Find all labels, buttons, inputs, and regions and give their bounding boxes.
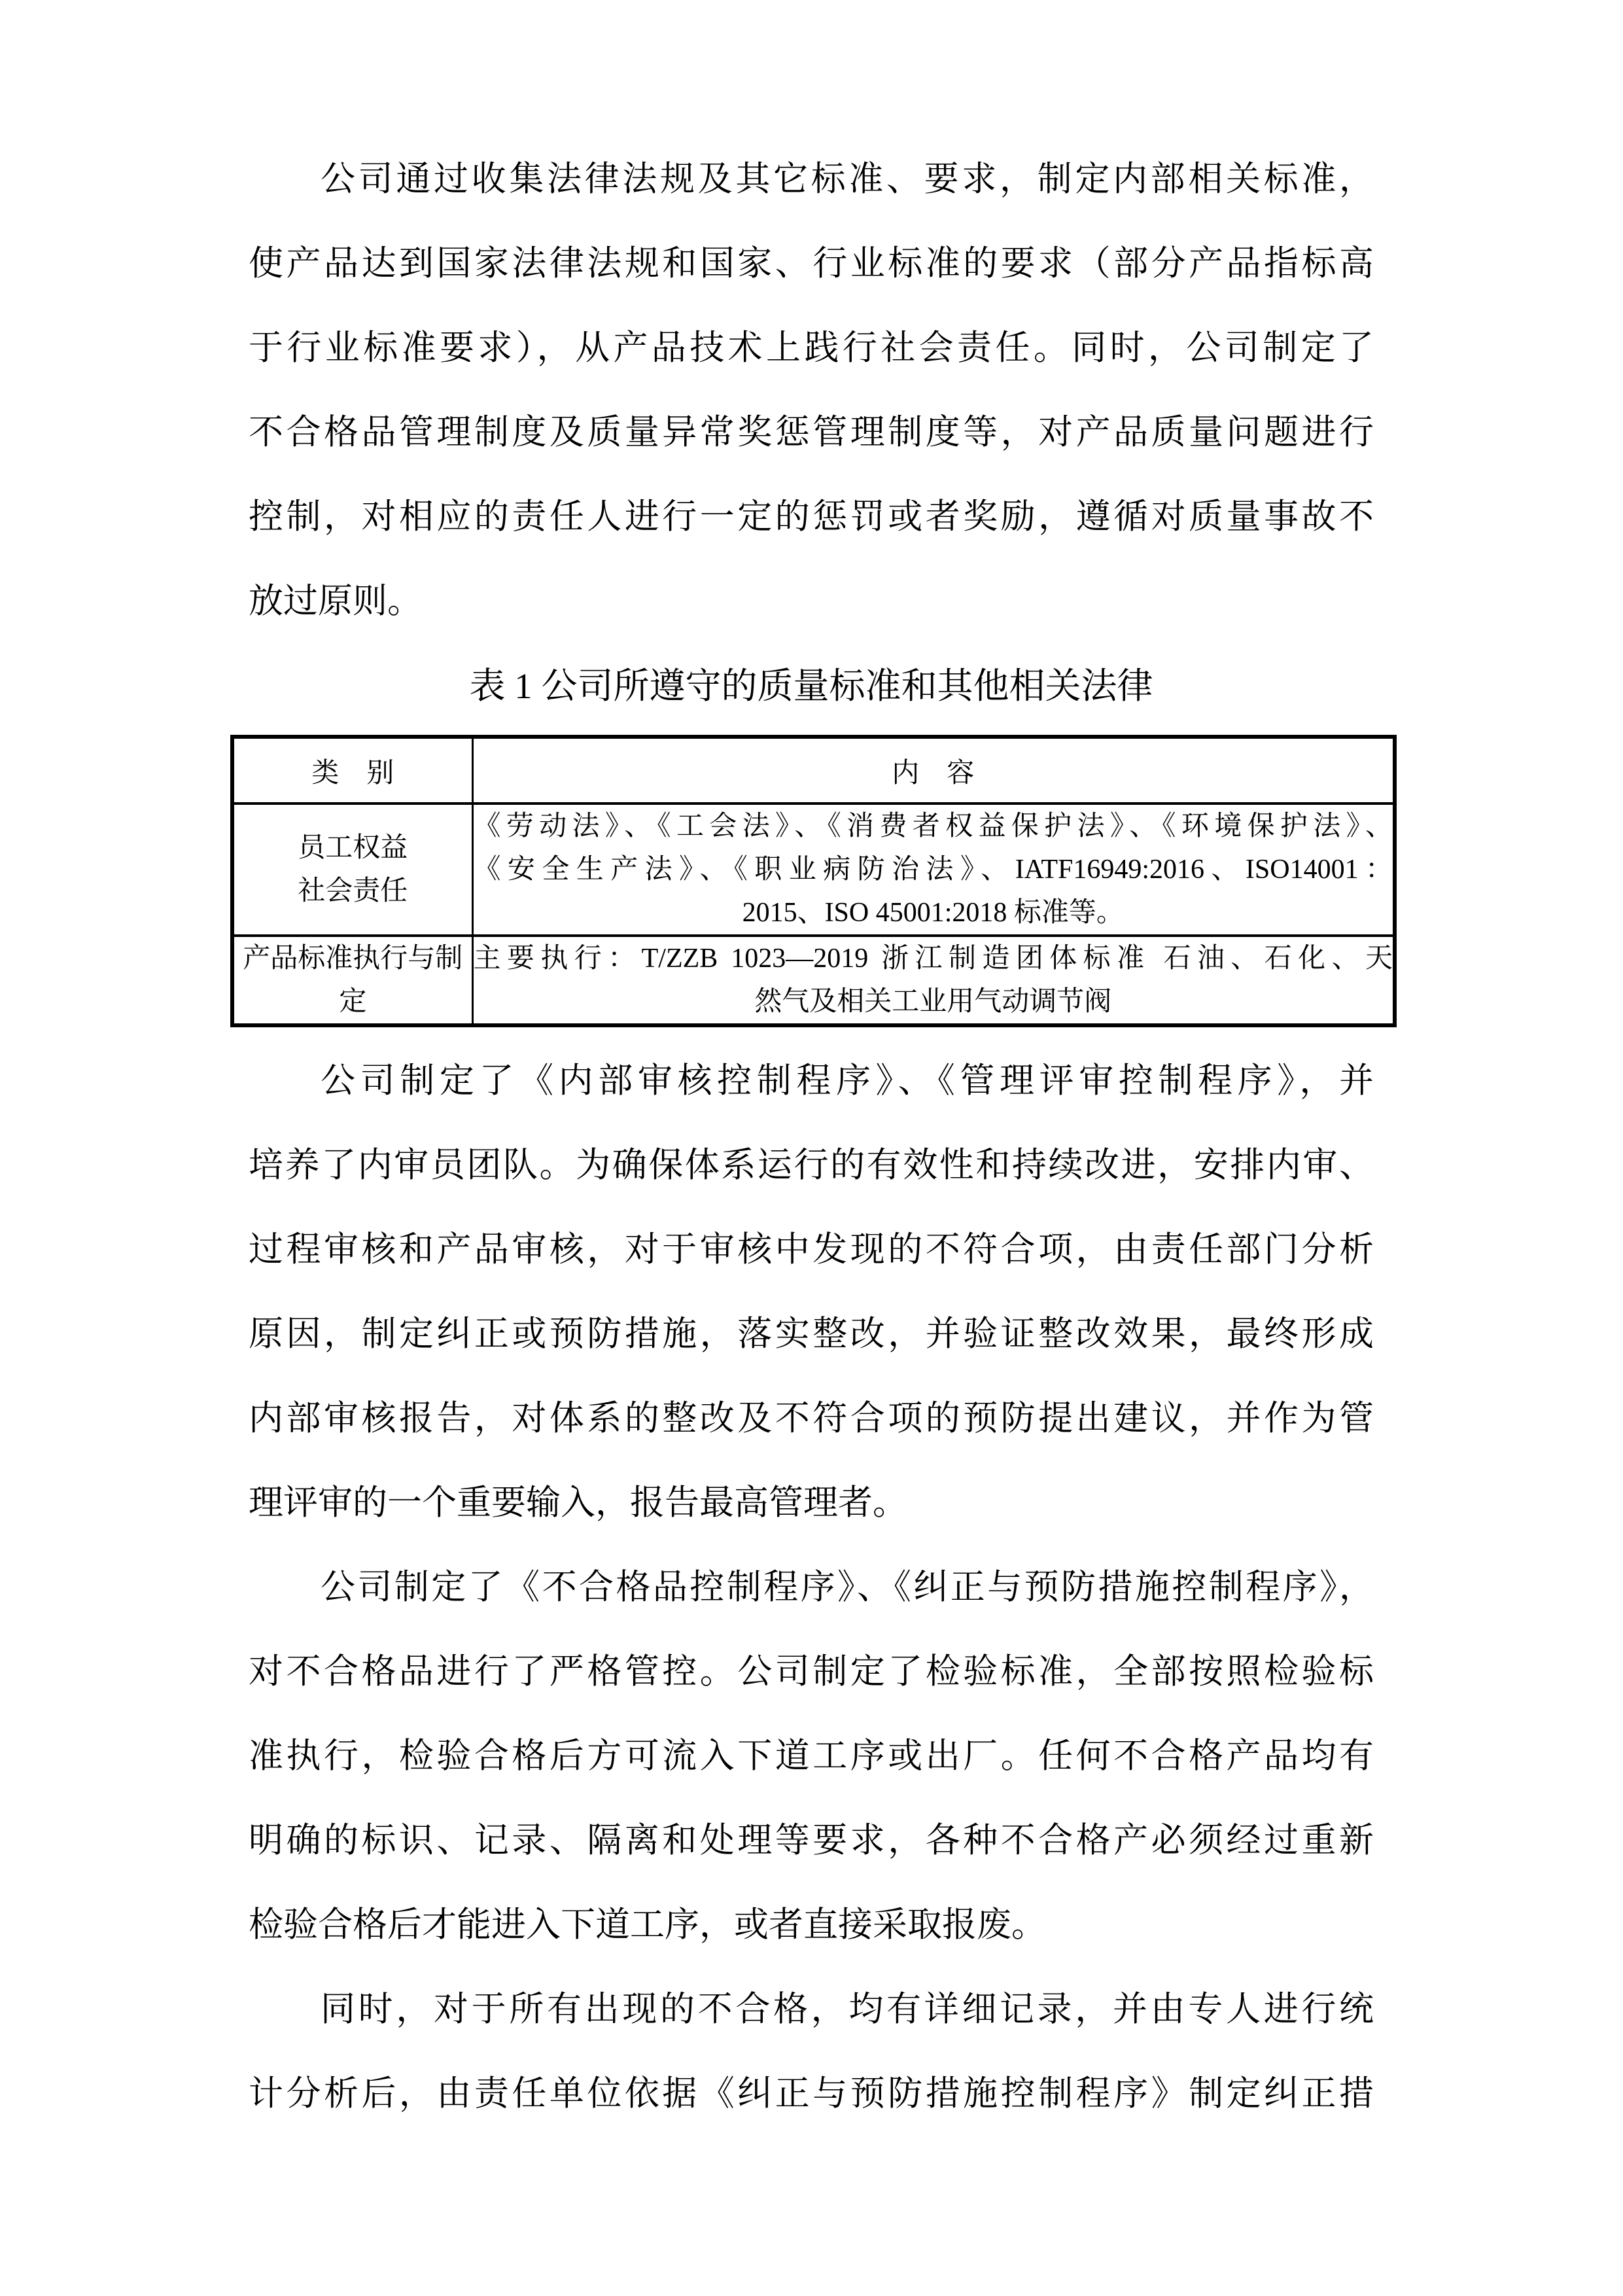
paragraph-line: 于行业标准要求），从产品技术上践行社会责任。同时，公司制定了	[249, 306, 1374, 391]
content-line: 《安全生产法》、《职业病防治法》、IATF16949:2016、ISO14001…	[474, 848, 1393, 891]
category-line: 产品标准执行与制	[234, 937, 472, 980]
standards-table: 类 别 内 容 员工权益 社会责任 《劳动法》、《工会法》、《消费者权益保护法》…	[230, 735, 1397, 1027]
paragraph-line: 明确的标识、记录、隔离和处理等要求，各种不合格产必须经过重新	[249, 1799, 1374, 1883]
paragraph-3: 公司制定了《不合格品控制程序》、《纠正与预防措施控制程序》， 对不合格品进行了严…	[249, 1545, 1374, 1968]
paragraph-line: 同时，对于所有出现的不合格，均有详细记录，并由专人进行统	[249, 1968, 1374, 2052]
paragraph-line: 内部审核报告，对体系的整改及不符合项的预防提出建议，并作为管	[249, 1377, 1374, 1461]
category-line: 员工权益	[234, 826, 472, 870]
paragraph-line: 过程审核和产品审核，对于审核中发现的不符合项，由责任部门分析	[249, 1208, 1374, 1292]
paragraph-line: 公司通过收集法律法规及其它标准、要求，制定内部相关标准，	[249, 137, 1374, 222]
category-line: 定	[234, 980, 472, 1023]
table-cell-category: 产品标准执行与制 定	[232, 936, 472, 1025]
text-block: 公司通过收集法律法规及其它标准、要求，制定内部相关标准， 使产品达到国家法律法规…	[0, 0, 1623, 2136]
paragraph-line: 使产品达到国家法律法规和国家、行业标准的要求（部分产品指标高	[249, 222, 1374, 306]
content-line: 主要执行：T/ZZB 1023—2019 浙江制造团体标准 石油、石化、天	[474, 937, 1393, 980]
paragraph-line: 准执行，检验合格后方可流入下道工序或出厂。任何不合格产品均有	[249, 1714, 1374, 1799]
content-line: 然气及相关工业用气动调节阀	[474, 980, 1393, 1023]
paragraph-line: 公司制定了《不合格品控制程序》、《纠正与预防措施控制程序》，	[249, 1545, 1374, 1630]
table-header-row: 类 别 内 容	[232, 737, 1395, 804]
table-row-product-standards: 产品标准执行与制 定 主要执行：T/ZZB 1023—2019 浙江制造团体标准…	[232, 936, 1395, 1025]
paragraph-line: 培养了内审员团队。为确保体系运行的有效性和持续改进，安排内审、	[249, 1123, 1374, 1208]
table-title: 表 1 公司所遵守的质量标准和其他相关法律	[249, 644, 1374, 728]
table-header-content: 内 容	[472, 737, 1395, 804]
table-cell-content: 《劳动法》、《工会法》、《消费者权益保护法》、《环境保护法》、 《安全生产法》、…	[472, 804, 1395, 936]
table-cell-category: 员工权益 社会责任	[232, 804, 472, 936]
paragraph-line: 不合格品管理制度及质量异常奖惩管理制度等，对产品质量问题进行	[249, 391, 1374, 475]
document-page: 公司通过收集法律法规及其它标准、要求，制定内部相关标准， 使产品达到国家法律法规…	[0, 0, 1623, 2296]
paragraph-line: 控制，对相应的责任人进行一定的惩罚或者奖励，遵循对质量事故不	[249, 475, 1374, 559]
table-row-employee-rights: 员工权益 社会责任 《劳动法》、《工会法》、《消费者权益保护法》、《环境保护法》…	[232, 804, 1395, 936]
content-line: 2015、ISO 45001:2018 标准等。	[474, 891, 1393, 934]
paragraph-4: 同时，对于所有出现的不合格，均有详细记录，并由专人进行统 计分析后，由责任单位依…	[249, 1968, 1374, 2136]
paragraph-line: 对不合格品进行了严格管控。公司制定了检验标准，全部按照检验标	[249, 1630, 1374, 1714]
table-header-category: 类 别	[232, 737, 472, 804]
category-line: 社会责任	[234, 870, 472, 913]
paragraph-line: 检验合格后才能进入下道工序，或者直接采取报废。	[249, 1883, 1374, 1968]
paragraph-line: 理评审的一个重要输入，报告最高管理者。	[249, 1461, 1374, 1545]
paragraph-line: 公司制定了《内部审核控制程序》、《管理评审控制程序》，并	[249, 1039, 1374, 1123]
table-cell-content: 主要执行：T/ZZB 1023—2019 浙江制造团体标准 石油、石化、天 然气…	[472, 936, 1395, 1025]
content-line: 《劳动法》、《工会法》、《消费者权益保护法》、《环境保护法》、	[474, 805, 1393, 848]
paragraph-line: 原因，制定纠正或预防措施，落实整改，并验证整改效果，最终形成	[249, 1292, 1374, 1377]
paragraph-1: 公司通过收集法律法规及其它标准、要求，制定内部相关标准， 使产品达到国家法律法规…	[249, 137, 1374, 644]
paragraph-2: 公司制定了《内部审核控制程序》、《管理评审控制程序》，并 培养了内审员团队。为确…	[249, 1039, 1374, 1545]
paragraph-line: 计分析后，由责任单位依据《纠正与预防措施控制程序》制定纠正措	[249, 2052, 1374, 2136]
paragraph-line: 放过原则。	[249, 559, 1374, 644]
